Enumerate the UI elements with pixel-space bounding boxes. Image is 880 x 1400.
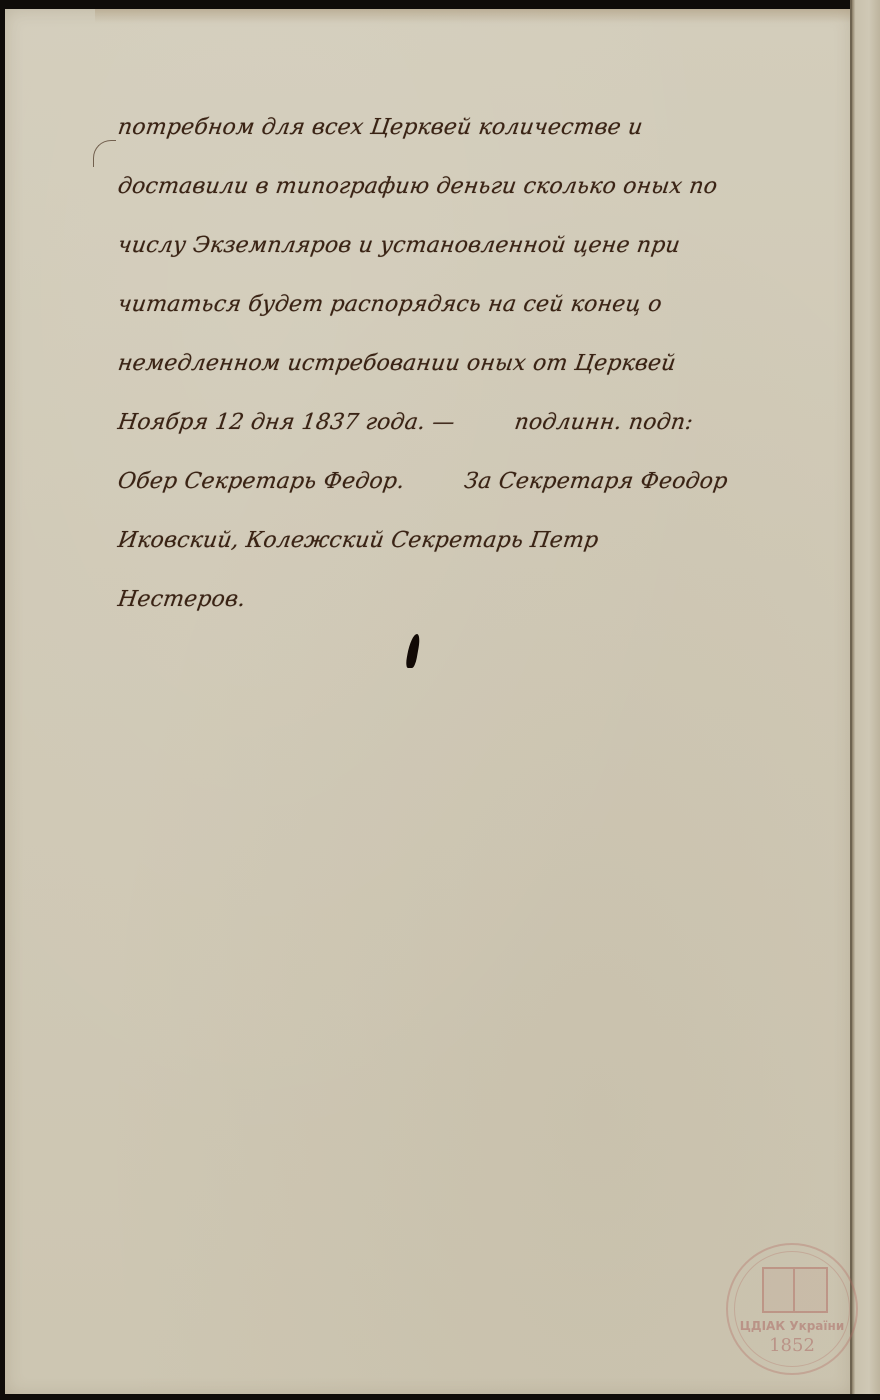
text-line-5: немедленном истребовании оных от Церквей [114,334,862,393]
signatory-2: За Секретаря Феодор [463,469,730,494]
text-line-1: потребном для всех Церквей количестве и [114,98,862,157]
paper-stain [95,9,855,23]
archive-stamp: ЦДІАК України 1852 [726,1243,858,1375]
line-text: читаться будет распорядясь на сей конец … [116,292,663,317]
text-line-6-date: Ноября 12 дня 1837 года. —подлинн. подп: [114,393,862,452]
line-text: немедленном истребовании оных от Церквей [116,351,677,376]
text-line-2: доставили в типографию деньги сколько он… [114,157,862,216]
text-line-9-signatures: Нестеров. [114,570,862,629]
signatory-1: Обер Секретарь Федор. [116,469,406,494]
signatory-3: Иковский, Колежский Секретарь Петр [116,528,600,553]
text-line-7-signatures: Обер Секретарь Федор.За Секретаря Феодор [114,452,862,511]
stamp-archive-name: ЦДІАК України [728,1319,856,1333]
line-text: потребном для всех Церквей количестве и [116,115,644,140]
signature-note: подлинн. подп: [513,410,695,435]
open-book-icon [762,1267,828,1313]
text-line-3: числу Экземпляров и установленной цене п… [114,216,862,275]
line-text: доставили в типографию деньги сколько он… [116,174,719,199]
line-text: числу Экземпляров и установленной цене п… [116,233,681,258]
text-line-4: читаться будет распорядясь на сей конец … [114,275,862,334]
stamp-year: 1852 [728,1335,856,1356]
signatory-surname: Нестеров. [116,587,247,612]
document-scan: потребном для всех Церквей количестве и … [0,0,880,1400]
date-text: Ноября 12 дня 1837 года. — [116,410,456,435]
text-line-8-signatures: Иковский, Колежский Секретарь Петр [114,511,862,570]
handwritten-text-block: потребном для всех Церквей количестве и … [118,98,858,629]
scan-bottom-edge [0,1394,880,1400]
